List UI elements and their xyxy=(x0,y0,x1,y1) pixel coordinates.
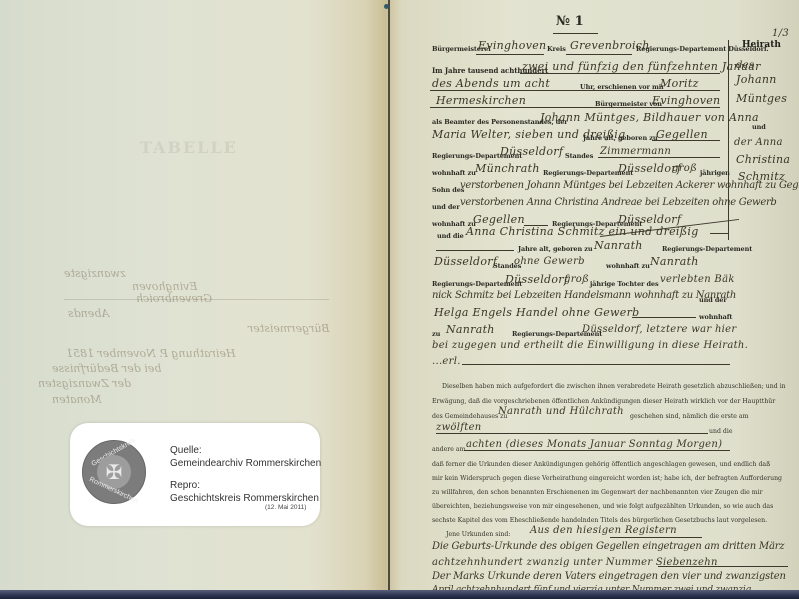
bleed-through-text: Bürgermeister xyxy=(248,322,330,335)
body-text: und die xyxy=(709,428,733,435)
rule xyxy=(658,566,788,567)
handwritten-entry: ohne Gewerb xyxy=(514,256,585,267)
rule xyxy=(476,54,544,55)
handwritten-entry: groß xyxy=(564,274,589,285)
handwritten-entry: Anna Christina Schmitz ein und dreißig xyxy=(466,225,699,238)
bleed-through-title: TABELLE xyxy=(140,138,238,157)
handwritten-entry: Nanrath xyxy=(594,239,643,252)
margin-connector: und xyxy=(752,123,766,131)
handwritten-entry: Evinghoven xyxy=(652,94,720,107)
handwritten-entry: verstorbenen Johann Müntges bei Lebzeite… xyxy=(460,180,799,191)
handwritten-entry: Nanrath xyxy=(650,255,699,268)
bleed-through-text: der Zwanzigsten xyxy=(38,377,131,390)
body-text: mir kein Widerspruch gegen diese Verheir… xyxy=(432,475,782,482)
handwritten-entry: verlebten Bäk xyxy=(660,274,735,285)
body-text: geschehen sind, nämlich die erste am xyxy=(630,413,749,420)
rule xyxy=(462,364,730,365)
source-label: Quelle: xyxy=(170,445,202,456)
handwritten-entry: Düsseldorf xyxy=(505,273,568,286)
form-text: und der xyxy=(699,296,727,304)
margin-groom-surname: Müntges xyxy=(736,92,787,105)
repro-date: (12. Mai 2011) xyxy=(265,504,306,511)
handwritten-entry: zwölften xyxy=(436,422,482,433)
handwritten-entry: Nanrath xyxy=(446,323,495,336)
bleed-through-text: Heirathung P. November 1851 xyxy=(66,347,236,360)
value-mayoralty: Evinghoven xyxy=(478,39,546,52)
source-value: Gemeindearchiv Rommerskirchen xyxy=(170,458,321,469)
form-text: jährige Tochter des xyxy=(590,280,659,288)
handwritten-entry: Hermeskirchen xyxy=(436,94,526,107)
form-text: Standes xyxy=(565,152,593,160)
handwritten-entry: ...erl. xyxy=(432,356,461,367)
handwritten-entry: nick Schmitz bei Lebzeiten Handelsmann w… xyxy=(432,290,736,301)
form-text: und die xyxy=(437,232,464,240)
rule xyxy=(430,90,720,91)
body-text: sechste Kapitel des vom Eheschließende h… xyxy=(432,517,767,524)
margin-groom-name: Johann xyxy=(736,73,777,86)
form-text: wohnhaft xyxy=(699,313,732,321)
rule xyxy=(610,537,702,538)
form-text: Jahre alt, geboren zu xyxy=(518,245,592,253)
rule xyxy=(430,107,720,108)
repro-value: Geschichtskreis Rommerskirchen xyxy=(170,493,319,504)
binding-pin xyxy=(384,4,389,9)
body-text: daß ferner die Urkunden dieser Ankündigu… xyxy=(432,461,770,468)
handwritten-entry: Zimmermann xyxy=(600,146,671,157)
body-text: Dieselben haben mich aufgefordert die zw… xyxy=(442,383,786,390)
label-district: Kreis xyxy=(547,45,566,53)
bleed-through-text: Grevenbroich xyxy=(136,292,212,305)
handwritten-entry: Nanrath und Hülchrath xyxy=(498,406,624,417)
handwritten-entry: Der Marks Urkunde deren Vaters eingetrag… xyxy=(432,571,786,582)
handwritten-entry: bei zugegen und ertheilt die Einwilligun… xyxy=(432,340,748,351)
body-text: übereichten, beziehungsweise von mir ein… xyxy=(432,503,773,510)
open-register-book: TABELLE zwanzigste Evinghoven Grevenbroi… xyxy=(0,0,799,594)
book-gutter xyxy=(388,0,390,594)
handwritten-entry: achten (dieses Monats Januar Sonntag Mor… xyxy=(466,439,722,450)
handwritten-entry: Düsseldorf xyxy=(434,255,497,268)
rule xyxy=(464,450,730,451)
form-text: wohnhaft zu xyxy=(432,169,476,177)
margin-bride-prefix: der Anna xyxy=(734,137,783,148)
form-text: und der xyxy=(432,203,460,211)
book-bottom-edge xyxy=(0,590,799,599)
documents-label: Jene Urkunden sind: xyxy=(446,531,510,538)
form-text: Jahre alt, geboren zu xyxy=(583,134,657,142)
body-text: andere am xyxy=(432,446,465,453)
rule xyxy=(436,250,514,251)
margin-heading: Heirath xyxy=(742,40,781,50)
rule xyxy=(710,233,728,234)
archive-watermark: Geschichtskreis ✠ Rommerskirchen Quelle:… xyxy=(70,423,320,526)
form-text: zu xyxy=(432,330,440,338)
body-text: zu willfahren, den schon benannten Ersch… xyxy=(432,489,763,496)
body-text: Erwägung, daß die vorgeschriebenen öffen… xyxy=(432,398,775,405)
society-seal: Geschichtskreis ✠ Rommerskirchen xyxy=(82,440,146,504)
handwritten-entry: Düsseldorf, letztere war hier xyxy=(582,324,736,335)
margin-bride-name: Christina xyxy=(736,153,790,166)
bleed-through-text: Monaten xyxy=(52,393,102,406)
handwritten-entry: Moritz xyxy=(660,77,699,90)
handwritten-entry: verstorbenen Anna Christina Andreae bei … xyxy=(460,197,777,208)
handwritten-entry: Münchrath xyxy=(475,162,540,175)
bleed-through-text: bei der Bedürfnisse xyxy=(52,362,161,375)
handwritten-entry: zwei und fünfzig den fünfzehnten Januar xyxy=(522,60,761,73)
rule xyxy=(632,317,696,318)
rule xyxy=(520,73,720,74)
bleed-through-text: zwanzigste xyxy=(64,267,126,280)
rule xyxy=(566,54,632,55)
handwritten-entry: Düsseldorf xyxy=(500,145,563,158)
handwritten-entry: Aus den hiesigen Registern xyxy=(530,525,677,536)
folio-mark: 1/3 xyxy=(772,28,789,39)
rule xyxy=(598,157,720,158)
repro-label: Repro: xyxy=(170,480,200,491)
body-text: des Gemeindehauses zu xyxy=(432,413,507,420)
handwritten-entry: Helga Engels Handel ohne Gewerb xyxy=(434,306,639,319)
entry-number: № 1 xyxy=(556,14,584,29)
form-text: Regierungs-Departement xyxy=(662,245,752,253)
handwritten-entry: des Abends um acht xyxy=(432,77,550,90)
handwritten-entry: Die Geburts-Urkunde des obigen Gegellen … xyxy=(432,541,784,552)
bleed-through-text: Abends xyxy=(68,307,109,320)
handwritten-entry: Johann Müntges, Bildhauer von Anna xyxy=(540,111,759,124)
number-underline xyxy=(553,33,598,34)
handwritten-entry: groß xyxy=(672,163,697,174)
rule xyxy=(652,140,720,141)
form-text: jährigen xyxy=(700,169,730,177)
rule xyxy=(436,433,708,434)
form-text: wohnhaft zu xyxy=(606,262,650,270)
